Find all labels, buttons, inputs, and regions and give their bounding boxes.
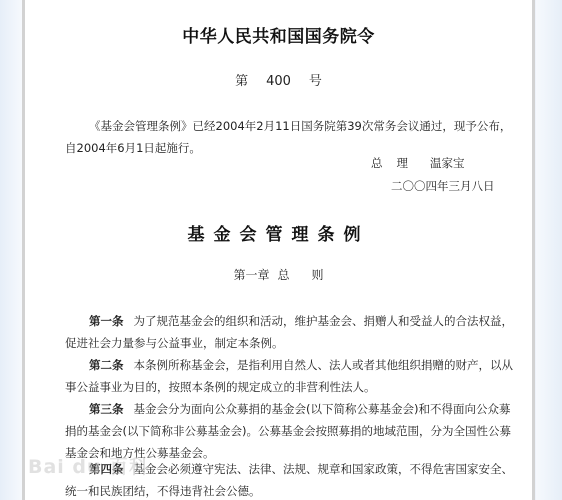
article-label: 第三条 (89, 402, 124, 416)
chapter-number: 第一章 (233, 268, 269, 282)
background-right (536, 0, 562, 500)
baidu-watermark: Bai du 百科 (28, 452, 149, 479)
background-left (0, 0, 22, 500)
article-label: 第一条 (89, 314, 124, 328)
article-2: 第二条本条例所称基金会，是指利用自然人、法人或者其他组织捐赠的财产，以从事公益事… (65, 354, 515, 398)
article-text: 本条例所称基金会，是指利用自然人、法人或者其他组织捐赠的财产，以从事公益事业为目… (65, 358, 513, 394)
signatory-date: 二〇〇四年三月八日 (391, 178, 495, 194)
signatory-name: 温家宝 (430, 156, 465, 170)
order-prefix: 第 (235, 74, 248, 89)
article-text: 为了规范基金会的组织和活动，维护基金会、捐赠人和受益人的合法权益，促进社会力量参… (65, 314, 513, 350)
chapter-title-1: 总 (277, 268, 289, 282)
order-suffix: 号 (309, 74, 322, 89)
decree-paragraph: 《基金会管理条例》已经2004年2月11日国务院第39次常务会议通过，现予公布，… (65, 115, 515, 159)
law-title: 基金会管理条例 (25, 220, 532, 245)
order-number-value: 400 (266, 74, 291, 89)
chapter-heading: 第一章总则 (25, 266, 532, 283)
signatory-position-2: 理 (397, 156, 409, 170)
decree-title: 中华人民共和国国务院令 (25, 22, 532, 47)
signatory-position-1: 总 (371, 156, 383, 170)
article-1: 第一条为了规范基金会的组织和活动，维护基金会、捐赠人和受益人的合法权益，促进社会… (65, 310, 515, 354)
order-number: 第400号 (25, 70, 532, 89)
article-label: 第二条 (89, 358, 124, 372)
chapter-title-2: 则 (312, 268, 324, 282)
document-page: 中华人民共和国国务院令 第400号 《基金会管理条例》已经2004年2月11日国… (22, 0, 535, 500)
signatory-line: 总理温家宝 (371, 155, 465, 171)
